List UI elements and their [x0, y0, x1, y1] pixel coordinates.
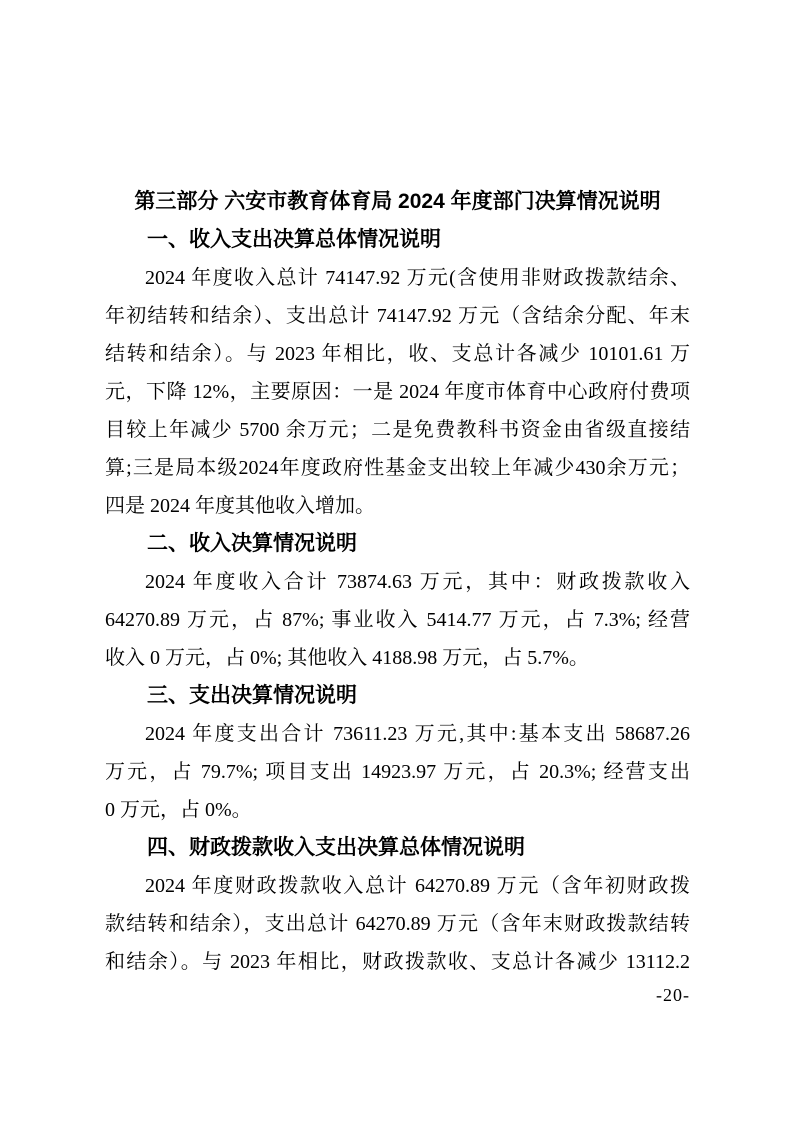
section-heading: 三、支出决算情况说明: [105, 677, 690, 715]
paragraph-line: 和结余）。与 2023 年相比，财政拨款收、支总计各减少 13112.2: [105, 943, 690, 981]
paragraph-line: 四是 2024 年度其他收入增加。: [105, 487, 690, 525]
paragraph-line: 结转和结余）。与 2023 年相比，收、支总计各减少 10101.61 万: [105, 335, 690, 373]
document-content: 第三部分 六安市教育体育局 2024 年度部门决算情况说明 一、收入支出决算总体…: [105, 183, 690, 981]
paragraph-line: 2024 年度收入总计 74147.92 万元(含使用非财政拨款结余、: [105, 259, 690, 297]
paragraph-line: 目较上年减少 5700 余万元；二是免费教科书资金由省级直接结: [105, 411, 690, 449]
section-income-expenditure-overview: 一、收入支出决算总体情况说明 2024 年度收入总计 74147.92 万元(含…: [105, 221, 690, 525]
paragraph-line: 年初结转和结余）、支出总计 74147.92 万元（含结余分配、年末: [105, 297, 690, 335]
paragraph-line: 64270.89 万元，占 87%; 事业收入 5414.77 万元，占 7.3…: [105, 601, 690, 639]
paragraph-line: 万元，占 79.7%; 项目支出 14923.97 万元，占 20.3%; 经营…: [105, 753, 690, 791]
section-heading: 二、收入决算情况说明: [105, 525, 690, 563]
paragraph-line: 算;三是局本级2024年度政府性基金支出较上年减少430余万元；: [105, 449, 690, 487]
paragraph-line: 0 万元，占 0%。: [105, 791, 690, 829]
document-page: 第三部分 六安市教育体育局 2024 年度部门决算情况说明 一、收入支出决算总体…: [0, 0, 793, 1122]
paragraph-line: 收入 0 万元，占 0%; 其他收入 4188.98 万元，占 5.7%。: [105, 639, 690, 677]
page-number: -20-: [105, 982, 690, 1008]
paragraph-line: 2024 年度收入合计 73874.63 万元，其中：财政拨款收入: [105, 563, 690, 601]
document-title: 第三部分 六安市教育体育局 2024 年度部门决算情况说明: [105, 183, 690, 221]
section-heading: 四、财政拨款收入支出决算总体情况说明: [105, 829, 690, 867]
section-expenditure-final-accounts: 三、支出决算情况说明 2024 年度支出合计 73611.23 万元,其中:基本…: [105, 677, 690, 829]
paragraph-line: 款结转和结余），支出总计 64270.89 万元（含年末财政拨款结转: [105, 905, 690, 943]
section-heading: 一、收入支出决算总体情况说明: [105, 221, 690, 259]
section-fiscal-appropriation-overview: 四、财政拨款收入支出决算总体情况说明 2024 年度财政拨款收入总计 64270…: [105, 829, 690, 981]
paragraph-line: 元，下降 12%，主要原因：一是 2024 年度市体育中心政府付费项: [105, 373, 690, 411]
paragraph-line: 2024 年度支出合计 73611.23 万元,其中:基本支出 58687.26: [105, 715, 690, 753]
paragraph-line: 2024 年度财政拨款收入总计 64270.89 万元（含年初财政拨: [105, 867, 690, 905]
section-income-final-accounts: 二、收入决算情况说明 2024 年度收入合计 73874.63 万元，其中：财政…: [105, 525, 690, 677]
